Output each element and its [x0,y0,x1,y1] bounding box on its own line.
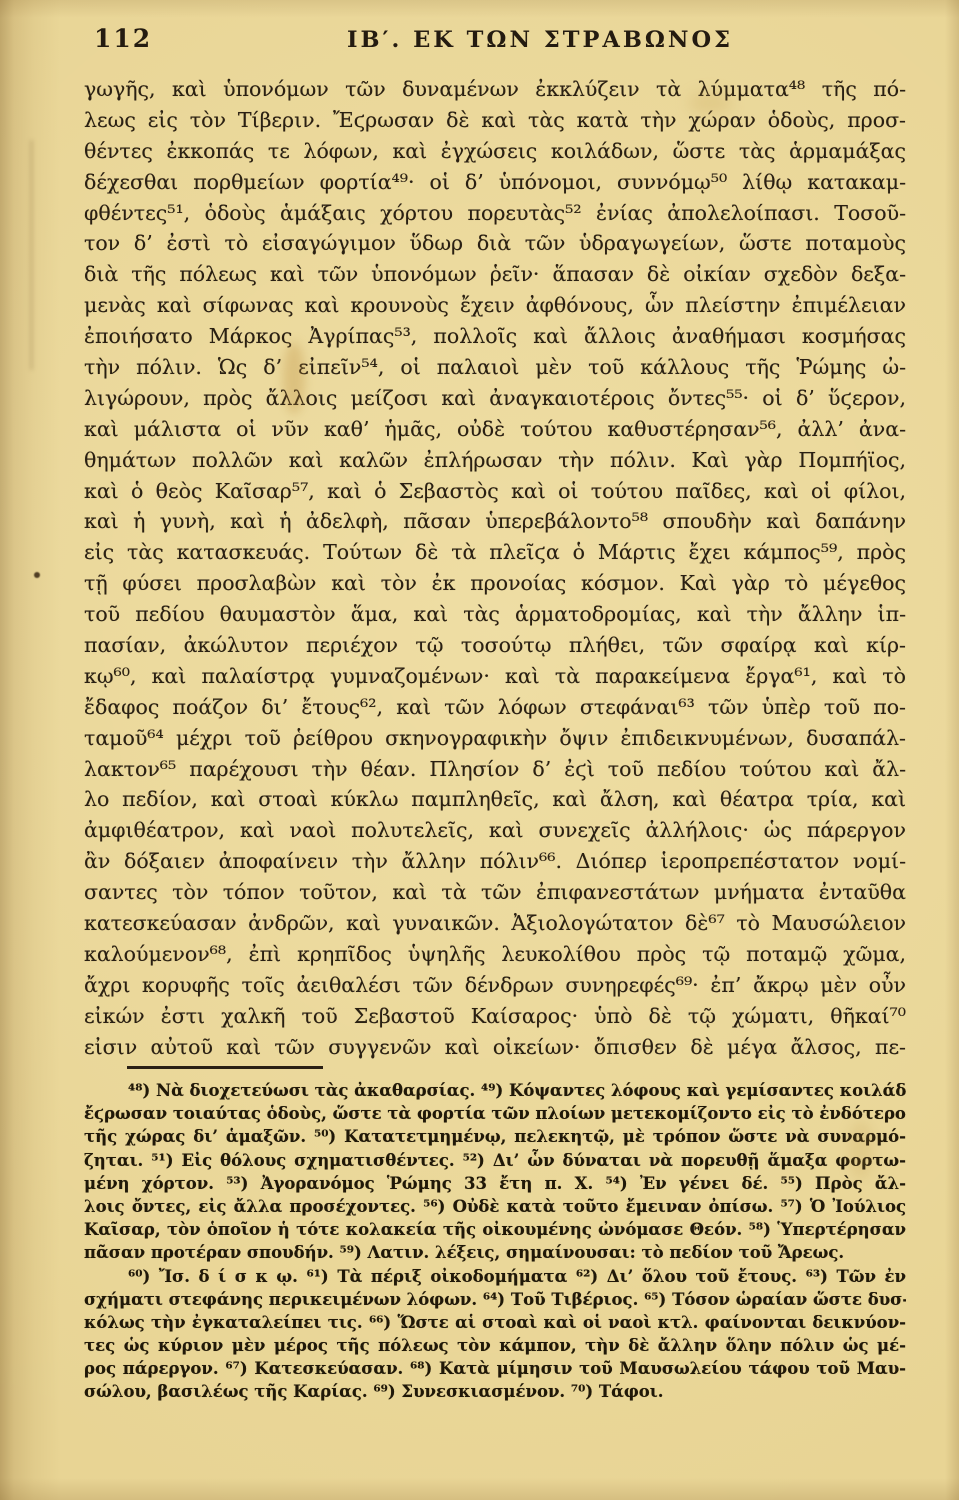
footnote-line: τῆς χώρας δι’ ἁμαξῶν. ⁵⁰) Κατατετμημένῳ,… [84,1125,906,1148]
body-text: γωγῆς, καὶ ὑπονόμων τῶν δυναμένων ἐκκλύζ… [84,74,906,1063]
paper-crease [30,140,33,370]
body-line: ταμοῦ⁶⁴ μέχρι τοῦ ῥείθρου σκηνογραφικὴν … [84,723,906,754]
body-line: ἀμφιθέατρον, καὶ ναοὶ πολυτελεῖς, καὶ συ… [84,815,906,846]
body-line: λακτον⁶⁵ παρέχουσι τὴν θέαν. Πλησίον δ’ … [84,754,906,785]
footnote-line: κόλως τὴν ἐγκαταλείπει τις. ⁶⁶) Ὥστε αἱ … [84,1311,906,1334]
body-line: λεως εἰς τὸν Τίβεριν. Ἔϛρωσαν δὲ καὶ τὰς… [84,105,906,136]
body-line: διὰ τῆς πόλεως καὶ τῶν ὑπονόμων ῥεῖν· ἅπ… [84,259,906,290]
body-line: δέχεσθαι πορθμείων φορτία⁴⁹· οἱ δ’ ὑπόνο… [84,167,906,198]
body-line: θέντες ἐκκοπάς τε λόφων, καὶ ἐγχώσεις κο… [84,136,906,167]
footnote-line: ⁴⁸) Νὰ διοχετεύωσι τὰς ἀκαθαρσίας. ⁴⁹) Κ… [84,1079,906,1102]
body-line: λιγώρουν, πρὸς ἄλλοις μείζοσι καὶ ἀναγκα… [84,383,906,414]
paper-speck [34,572,40,578]
footnote-line: ζηται. ⁵¹) Εἰς θόλους σχηματισθέντες. ⁵²… [84,1149,906,1172]
footnote-line: τες ὡς κύριον μὲν μέρος τῆς πόλεως τὸν κ… [84,1334,906,1357]
body-line: ἂν δόξαιεν ἀποφαίνειν τὴν ἄλλην πόλιν⁶⁶.… [84,846,906,877]
footnote-separator [127,1066,323,1069]
footnote-line: σχήματι στεφάνης περικειμένων λόφων. ⁶⁴)… [84,1288,906,1311]
body-line: εἰς τὰς κατασκευάς. Τούτων δὲ τὰ πλεῖϛα … [84,537,906,568]
body-line: κατεσκεύασαν ἀνδρῶν, καὶ γυναικῶν. Ἀξιολ… [84,908,906,939]
body-line: τον δ’ ἐστὶ τὸ εἰσαγώγιμον ὕδωρ διὰ τῶν … [84,228,906,259]
body-line: μενὰς καὶ σίφωνας καὶ κρουνοὺς ἔχειν ἀφθ… [84,290,906,321]
body-line: ἄχρι κορυφῆς τοῖς ἀειθαλέσι τῶν δένδρων … [84,970,906,1001]
body-line: καὶ ὁ θεὸς Καῖσαρ⁵⁷, καὶ ὁ Σεβαστὸς καὶ … [84,476,906,507]
footnote-line: ρος πάρεργον. ⁶⁷) Κατεσκεύασαν. ⁶⁸) Κατὰ… [84,1357,906,1380]
body-line: εἰσιν αὐτοῦ καὶ τῶν συγγενῶν καὶ οἰκείων… [84,1032,906,1063]
body-line: σαντες τὸν τόπον τοῦτον, καὶ τὰ τῶν ἐπιφ… [84,877,906,908]
body-line: εἰκών ἐστι χαλκῆ τοῦ Σεβαστοῦ Καίσαρος· … [84,1001,906,1032]
book-page: 112 ΙΒ′. ΕΚ ΤΩΝ ΣΤΡΑΒΩΝΟΣ γωγῆς, καὶ ὑπο… [0,0,959,1500]
body-line: καλούμενον⁶⁸, ἐπὶ κρηπῖδος ὑψηλῆς λευκολ… [84,939,906,970]
footnote-line: μένη χόρτον. ⁵³) Ἀγορανόμος Ῥώμης 33 ἔτη… [84,1172,906,1195]
footnote-line: Καῖσαρ, τὸν ὁποῖον ἡ τότε κολακεία τῆς ο… [84,1218,906,1241]
body-line: φθέντες⁵¹, ὁδοὺς ἁμάξαις χόρτου πορευτὰς… [84,198,906,229]
body-line: λο πεδίον, καὶ στοαὶ κύκλω παμπληθεῖς, κ… [84,784,906,815]
footnote-line: ⁶⁰) Ἴσ. δ ί σ κ ῳ. ⁶¹) Τὰ πέριξ οἰκοδομή… [84,1265,906,1288]
footnote-line: λοις ὄντες, εἰς ἄλλα προσέχοντες. ⁵⁶) Οὐ… [84,1195,906,1218]
footnote-line: πᾶσαν προτέραν σπουδήν. ⁵⁹) Λατιν. λέξει… [84,1241,906,1264]
body-line: καὶ μάλιστα οἱ νῦν καθ’ ἡμᾶς, οὐδὲ τούτο… [84,414,906,445]
body-line: καὶ ἡ γυνὴ, καὶ ἡ ἀδελφὴ, πᾶσαν ὑπερεβάλ… [84,506,906,537]
page-header: 112 ΙΒ′. ΕΚ ΤΩΝ ΣΤΡΑΒΩΝΟΣ [84,24,906,60]
body-line: θημάτων πολλῶν καὶ καλῶν ἐπλήρωσαν τὴν π… [84,445,906,476]
footnotes: ⁴⁸) Νὰ διοχετεύωσι τὰς ἀκαθαρσίας. ⁴⁹) Κ… [84,1079,906,1404]
running-header: ΙΒ′. ΕΚ ΤΩΝ ΣΤΡΑΒΩΝΟΣ [84,27,906,53]
footnote-line: ἔϛρωσαν τοιαύτας ὁδοὺς, ὥστε τὰ φορτία τ… [84,1102,906,1125]
body-line: γωγῆς, καὶ ὑπονόμων τῶν δυναμένων ἐκκλύζ… [84,74,906,105]
body-line: ἐποιήσατο Μάρκος Ἀγρίπας⁵³, πολλοῖς καὶ … [84,321,906,352]
body-line: ἔδαφος ποάζον δι’ ἔτους⁶², καὶ τῶν λόφων… [84,692,906,723]
body-line: κῳ⁶⁰, καὶ παλαίστρᾳ γυμναζομένων· καὶ τὰ… [84,661,906,692]
body-line: τοῦ πεδίου θαυμαστὸν ἅμα, καὶ τὰς ἁρματο… [84,599,906,630]
body-line: πασίαν, ἀκώλυτον περιέχον τῷ τοσούτῳ πλή… [84,630,906,661]
body-line: τῇ φύσει προσλαβὼν καὶ τὸν ἐκ προνοίας κ… [84,568,906,599]
footnote-line: σώλου, βασιλέως τῆς Καρίας. ⁶⁹) Συνεσκια… [84,1380,906,1403]
body-line: τὴν πόλιν. Ὡς δ’ εἰπεῖν⁵⁴, οἱ παλαιοὶ μὲ… [84,352,906,383]
